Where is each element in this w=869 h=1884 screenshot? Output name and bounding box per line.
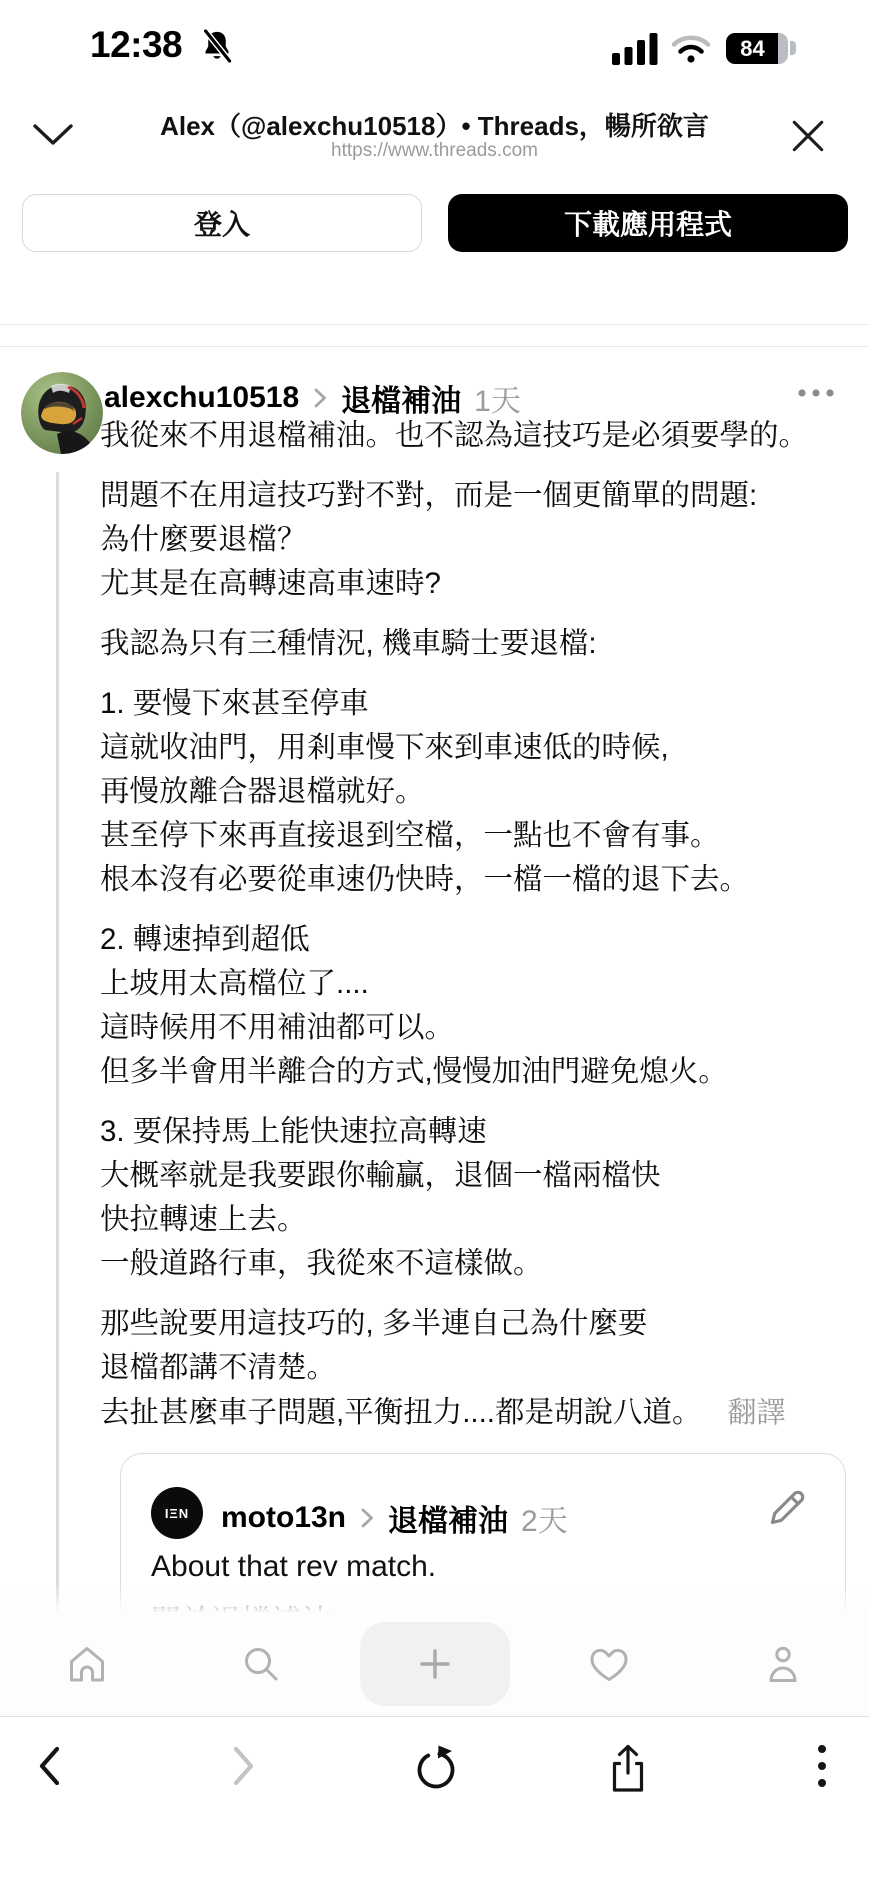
post-paragraph: 那些說要用這技巧的, 多半連自己為什麼要退檔都講不清楚。 xyxy=(100,1302,852,1390)
battery-nub xyxy=(790,41,796,55)
post-paragraphs: 我從來不用退檔補油。也不認為這技巧是必須要學的。問題不在用這技巧對不對，而是一個… xyxy=(100,414,852,1390)
chevron-down-icon[interactable] xyxy=(30,120,76,150)
post-text-line: 一般道路行車，我從來不這樣做。 xyxy=(100,1242,852,1286)
post-text-line: 3. 要保持馬上能快速拉高轉速 xyxy=(100,1110,852,1154)
post-text-line: 退檔都講不清楚。 xyxy=(100,1346,852,1390)
bottom-fade xyxy=(0,1584,869,1612)
quoted-username[interactable]: moto13n xyxy=(221,1501,346,1535)
post-paragraph: 問題不在用這技巧對不對，而是一個更簡單的問題:為什麼要退檔？尤其是在高轉速高車速… xyxy=(100,474,852,606)
browser-toolbar xyxy=(0,1718,869,1820)
more-options-icon[interactable] xyxy=(797,388,835,398)
post-text-line: 那些說要用這技巧的, 多半連自己為什麼要 xyxy=(100,1302,852,1346)
post-text-line: 尤其是在高轉速高車速時? xyxy=(100,562,852,606)
post-body: 我從來不用退檔補油。也不認為這技巧是必須要學的。問題不在用這技巧對不對，而是一個… xyxy=(100,414,852,1689)
status-time: 12:38 xyxy=(90,24,182,66)
pencil-icon xyxy=(763,1484,811,1532)
battery-percent: 84 xyxy=(740,36,773,62)
divider xyxy=(0,346,869,347)
quoted-timestamp: 2天 xyxy=(521,1496,568,1540)
page-url: https://www.threads.com xyxy=(100,140,769,162)
post-text-line: 但多半會用半離合的方式,慢慢加油門避免熄火。 xyxy=(100,1050,852,1094)
post-text-line: 再慢放離合器退檔就好。 xyxy=(100,770,852,814)
post-text-line: 根本沒有必要從車速仍快時，一檔一檔的退下去。 xyxy=(100,858,852,902)
post-text-line: 這就收油門，用剎車慢下來到車速低的時候, xyxy=(100,726,852,770)
profile-icon[interactable] xyxy=(760,1641,806,1687)
reload-icon[interactable] xyxy=(410,1742,462,1794)
post-username[interactable]: alexchu10518 xyxy=(104,381,299,415)
bottom-blank-area xyxy=(0,1820,869,1884)
heart-icon[interactable] xyxy=(586,1641,632,1687)
moto13n-logo: IΞN xyxy=(165,1506,189,1521)
wifi-icon xyxy=(670,34,712,64)
battery-icon: 84 xyxy=(726,33,788,64)
download-app-button[interactable]: 下載應用程式 xyxy=(448,194,848,252)
translate-link[interactable]: 翻譯 xyxy=(727,1390,785,1431)
login-button[interactable]: 登入 xyxy=(22,194,422,252)
close-icon[interactable] xyxy=(788,116,828,156)
post-text-line: 我從來不用退檔補油。也不認為這技巧是必須要學的。 xyxy=(100,414,852,458)
divider xyxy=(0,324,869,325)
post-text-line: 1. 要慢下來甚至停車 xyxy=(100,682,852,726)
threads-webview-screen: 12:38 84 Alex（@alexchu10518）• Thr xyxy=(0,0,869,1884)
share-icon[interactable] xyxy=(604,1742,652,1798)
chevron-right-icon xyxy=(359,1506,375,1530)
post-paragraph: 2. 轉速掉到超低上坡用太高檔位了....這時候用不用補油都可以。但多半會用半離… xyxy=(100,918,852,1094)
threads-tab-bar xyxy=(0,1612,869,1716)
create-post-icon[interactable] xyxy=(412,1641,458,1687)
quoted-post-header: moto13n 退檔補油 2天 xyxy=(221,1496,568,1540)
more-vertical-icon[interactable] xyxy=(816,1744,828,1788)
quoted-text-en: About that rev match. xyxy=(151,1550,436,1584)
post-text-line: 甚至停下來再直接退到空檔，一點也不會有事。 xyxy=(100,814,852,858)
post-paragraph: 我從來不用退檔補油。也不認為這技巧是必須要學的。 xyxy=(100,414,852,458)
forward-icon[interactable] xyxy=(225,1742,261,1790)
thread-line xyxy=(56,472,59,1612)
post-text-line: 快拉轉速上去。 xyxy=(100,1198,852,1242)
post-paragraph: 1. 要慢下來甚至停車這就收油門，用剎車慢下來到車速低的時候,再慢放離合器退檔就… xyxy=(100,682,852,902)
post-text-line: 這時候用不用補油都可以。 xyxy=(100,1006,852,1050)
quoted-topic[interactable]: 退檔補油 xyxy=(388,1496,508,1540)
cellular-signal-icon xyxy=(612,33,658,65)
post-text-line: 大概率就是我要跟你輸贏，退個一檔兩檔快 xyxy=(100,1154,852,1198)
avatar-moto13n[interactable]: IΞN xyxy=(151,1487,203,1539)
page-title: Alex（@alexchu10518）• Threads，暢所欲言 xyxy=(100,106,769,143)
post-text-line: 我認為只有三種情況, 機車騎士要退檔: xyxy=(100,622,852,666)
home-icon[interactable] xyxy=(64,1641,110,1687)
post-text-line: 2. 轉速掉到超低 xyxy=(100,918,852,962)
search-icon[interactable] xyxy=(238,1641,284,1687)
chevron-right-icon xyxy=(312,386,328,410)
bell-slash-icon xyxy=(200,28,234,64)
post-text-line: 上坡用太高檔位了.... xyxy=(100,962,852,1006)
post-paragraph: 我認為只有三種情況, 機車騎士要退檔: xyxy=(100,622,852,666)
post-paragraph: 3. 要保持馬上能快速拉高轉速大概率就是我要跟你輸贏，退個一檔兩檔快快拉轉速上去… xyxy=(100,1110,852,1286)
post-text-line: 去扯甚麼車子問題,平衡扭力....都是胡說八道。 xyxy=(100,1391,701,1435)
post-last-row: 去扯甚麼車子問題,平衡扭力....都是胡說八道。 翻譯 xyxy=(100,1390,852,1435)
divider xyxy=(0,1716,869,1717)
back-icon[interactable] xyxy=(32,1742,68,1790)
avatar-alexchu10518[interactable] xyxy=(21,372,103,454)
post-text-line: 為什麼要退檔？ xyxy=(100,518,852,562)
post-text-line: 問題不在用這技巧對不對，而是一個更簡單的問題: xyxy=(100,474,852,518)
